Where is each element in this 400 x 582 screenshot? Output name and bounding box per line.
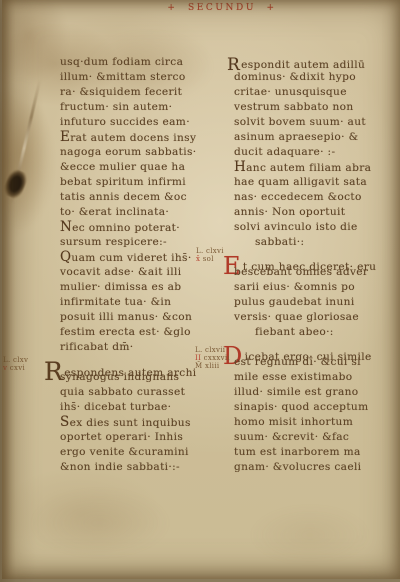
canon-note-line: v cxvi	[3, 364, 28, 372]
canon-number: II	[195, 354, 201, 362]
line-text: rat autem docens insy	[70, 132, 196, 144]
line-text: ducit adaquare· :-	[234, 146, 335, 158]
line-text: to· &erat inclinata·	[60, 206, 169, 218]
initial-letter: N	[60, 219, 72, 235]
text-line: Dicebat ergo· cui simile	[234, 340, 396, 355]
line-text: bebat spiritum infirmi	[60, 176, 186, 188]
parchment-stain	[250, 505, 370, 565]
canon-ref: sol	[203, 255, 214, 263]
text-line: asinum apraesepio· &	[234, 130, 396, 145]
line-text: quia sabbato curasset	[60, 386, 185, 398]
worm-hole	[1, 167, 29, 200]
text-line: homo misit inhortum	[234, 415, 396, 430]
canon-note-line: L. clxvi	[196, 247, 224, 255]
line-text: homo misit inhortum	[234, 416, 353, 428]
line-text: suum· &crevit· &fac	[234, 431, 349, 443]
left-column: usq·dum fodiam circaillum· &mittam sterc…	[60, 55, 212, 475]
text-line: infirmitate tua· &in	[60, 295, 212, 310]
text-line: est regnum dī· &cui si	[234, 355, 396, 370]
text-line: Quam cum videret ihs̄·	[60, 250, 212, 265]
line-text: critae· unusquisque	[234, 86, 347, 98]
text-line: ihs̄· dicebat turbae·	[60, 400, 212, 415]
text-line: tum est inarborem ma	[234, 445, 396, 460]
text-line: mile esse existimabo	[234, 370, 396, 385]
line-text: oportet operari· Inhis	[60, 431, 183, 443]
text-line: oportet operari· Inhis	[60, 430, 212, 445]
text-line: tatis annis decem &oc	[60, 190, 212, 205]
line-text: nagoga eorum sabbatis·	[60, 146, 197, 158]
line-text: rificabat dm̄·	[60, 341, 133, 353]
text-line: posuit illi manus· &con	[60, 310, 212, 325]
canon-note-line: L. clxvii	[195, 346, 230, 354]
line-text: fiebant abeo·:	[255, 326, 334, 338]
parchment-crease	[10, 79, 42, 204]
text-line: annis· Non oportuit	[234, 205, 396, 220]
canon-note-line: x̄ sol	[196, 255, 224, 263]
initial-letter: H	[234, 159, 246, 175]
text-line: bescebant omnes adver	[234, 265, 396, 280]
line-text: fructum· sin autem·	[60, 101, 172, 113]
text-line: Hanc autem filiam abra	[234, 160, 396, 175]
line-text: mile esse existimabo	[234, 371, 352, 383]
line-text: synagogus indignans	[60, 371, 179, 383]
line-text: tum est inarborem ma	[234, 446, 361, 458]
initial-letter: E	[60, 129, 70, 145]
canon-note-line: II cxxxvii	[195, 354, 230, 362]
text-line: mulier· dimissa es ab	[60, 280, 212, 295]
line-text: ec omnino poterat·	[72, 222, 180, 234]
line-text: uam cum videret ihs̄·	[71, 252, 191, 264]
text-line: vocavit adse· &ait illi	[60, 265, 212, 280]
text-line: infuturo succides eam·	[60, 115, 212, 130]
line-text: solvi avinculo isto die	[234, 221, 358, 233]
line-text: posuit illi manus· &con	[60, 311, 192, 323]
text-line: ra· &siquidem fecerit	[60, 85, 212, 100]
line-text: pulus gaudebat inuni	[234, 296, 355, 308]
line-text: versis· quae gloriosae	[234, 311, 359, 323]
canon-note-intercolumn-lower: L. clxvii II cxxxvii M̄ xliii	[195, 346, 230, 370]
line-text: gnam· &volucres caeli	[234, 461, 361, 473]
parchment-stain	[30, 488, 170, 558]
line-text: anc autem filiam abra	[246, 162, 371, 174]
line-text: illum· &mittam sterco	[60, 71, 186, 83]
canon-ref: cxvi	[10, 364, 25, 372]
line-text: dominus· &dixit hypo	[234, 71, 356, 83]
line-text: sarii eius· &omnis po	[234, 281, 355, 293]
text-line: fructum· sin autem·	[60, 100, 212, 115]
text-line: Sex dies sunt inquibus	[60, 415, 212, 430]
text-line: hae quam alligavit sata	[234, 175, 396, 190]
text-line: Respondens autem archi	[60, 355, 212, 370]
line-text: tatis annis decem &oc	[60, 191, 187, 203]
text-line: solvi avinculo isto die	[234, 220, 396, 235]
text-line: festim erecta est· &glo	[60, 325, 212, 340]
line-text: est regnum dī· &cui si	[234, 356, 361, 368]
manuscript-page: + SECUNDU + usq·dum fodiam circaillum· &…	[0, 0, 400, 582]
text-line: ducit adaquare· :-	[234, 145, 396, 160]
text-line: usq·dum fodiam circa	[60, 55, 212, 70]
right-column: Respondit autem adillūdominus· &dixit hy…	[234, 55, 396, 475]
text-line: quia sabbato curasset	[60, 385, 212, 400]
text-line: Nec omnino poterat·	[60, 220, 212, 235]
text-line: solvit bovem suum· aut	[234, 115, 396, 130]
text-line: Et cum haec diceret· eru	[234, 250, 396, 265]
text-line: nagoga eorum sabbatis·	[60, 145, 212, 160]
initial-letter: Q	[60, 249, 71, 265]
text-line: Respondit autem adillū	[234, 55, 396, 70]
text-line: fiebant abeo·:	[234, 325, 396, 340]
line-text: annis· Non oportuit	[234, 206, 345, 218]
line-text: festim erecta est· &glo	[60, 326, 191, 338]
line-text: ex dies sunt inquibus	[70, 417, 191, 429]
line-text: ra· &siquidem fecerit	[60, 86, 182, 98]
line-text: hae quam alligavit sata	[234, 176, 367, 188]
line-text: sursum respicere:-	[60, 236, 167, 248]
text-line: &ecce mulier quae ha	[60, 160, 212, 175]
line-text: bescebant omnes adver	[234, 266, 368, 278]
line-text: infuturo succides eam·	[60, 116, 190, 128]
canon-note-left-margin: L. clxv v cxvi	[3, 356, 28, 372]
parchment-stain	[0, 78, 48, 228]
text-line: to· &erat inclinata·	[60, 205, 212, 220]
text-line: sabbati·:	[234, 235, 396, 250]
text-line: Erat autem docens insy	[60, 130, 212, 145]
canon-note-intercolumn-upper: L. clxvi x̄ sol	[196, 247, 224, 263]
text-line: bebat spiritum infirmi	[60, 175, 212, 190]
line-text: illud· simile est grano	[234, 386, 359, 398]
running-title: + SECUNDU +	[0, 3, 400, 13]
text-line: illum· &mittam sterco	[60, 70, 212, 85]
line-text: ihs̄· dicebat turbae·	[60, 401, 171, 413]
line-text: sabbati·:	[255, 236, 304, 248]
initial-letter: S	[60, 414, 70, 430]
line-text: vestrum sabbato non	[234, 101, 354, 113]
canon-ref: cxxxvii	[204, 354, 230, 362]
text-line: versis· quae gloriosae	[234, 310, 396, 325]
line-text: vocavit adse· &ait illi	[60, 266, 182, 278]
line-text: solvit bovem suum· aut	[234, 116, 366, 128]
canon-note-line: L. clxv	[3, 356, 28, 364]
line-text: mulier· dimissa es ab	[60, 281, 181, 293]
text-line: nas· eccedecem &octo	[234, 190, 396, 205]
line-text: &non indie sabbati·:-	[60, 461, 180, 473]
line-text: ergo venite &curamini	[60, 446, 189, 458]
line-text: nas· eccedecem &octo	[234, 191, 362, 203]
text-line: ergo venite &curamini	[60, 445, 212, 460]
line-text: infirmitate tua· &in	[60, 296, 171, 308]
canon-number: x̄	[196, 255, 200, 263]
text-line: illud· simile est grano	[234, 385, 396, 400]
line-text: &ecce mulier quae ha	[60, 161, 185, 173]
text-line: &non indie sabbati·:-	[60, 460, 212, 475]
text-line: suum· &crevit· &fac	[234, 430, 396, 445]
text-line: rificabat dm̄·	[60, 340, 212, 355]
canon-number: v	[3, 364, 7, 372]
text-line: sursum respicere:-	[60, 235, 212, 250]
text-line: gnam· &volucres caeli	[234, 460, 396, 475]
line-text: asinum apraesepio· &	[234, 131, 358, 143]
text-line: synagogus indignans	[60, 370, 212, 385]
text-line: pulus gaudebat inuni	[234, 295, 396, 310]
line-text: sinapis· quod acceptum	[234, 401, 369, 413]
text-line: vestrum sabbato non	[234, 100, 396, 115]
canon-note-line: M̄ xliii	[195, 362, 230, 370]
text-line: critae· unusquisque	[234, 85, 396, 100]
text-line: sarii eius· &omnis po	[234, 280, 396, 295]
text-line: sinapis· quod acceptum	[234, 400, 396, 415]
line-text: usq·dum fodiam circa	[60, 56, 183, 68]
text-line: dominus· &dixit hypo	[234, 70, 396, 85]
